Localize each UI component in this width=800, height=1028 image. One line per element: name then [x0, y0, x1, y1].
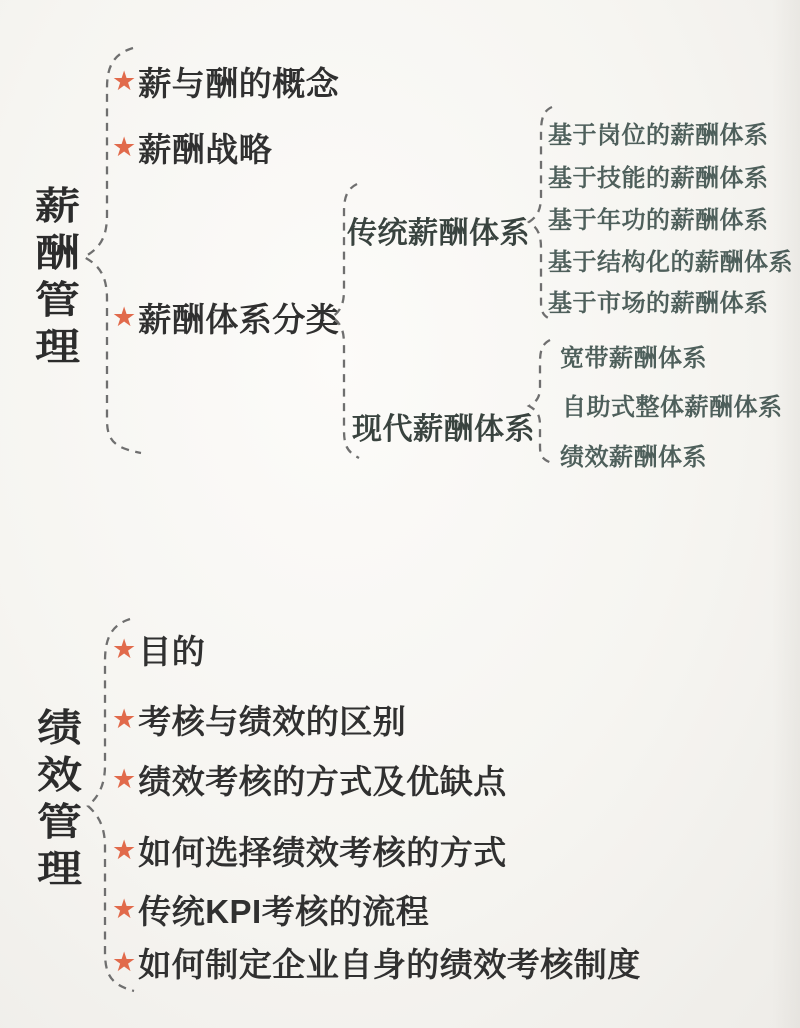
star-bullet-icon: ★ [112, 68, 136, 95]
node-assessment-vs-performance: ★ 考核与绩效的区别 [112, 696, 406, 743]
leaf-skill-based: 基于技能的薪酬体系 [548, 158, 769, 193]
section-title-performance-management: 绩效管理 [36, 706, 83, 894]
leaf-structured-based: 基于结构化的薪酬体系 [548, 242, 793, 277]
star-bullet-icon: ★ [112, 134, 136, 161]
node-label: 目的 [138, 626, 205, 673]
node-how-to-create-company-assessment-system: ★ 如何制定企业自身的绩效考核制度 [112, 939, 641, 986]
leaf-performance-salary: 绩效薪酬体系 [560, 437, 707, 472]
node-label: 绩效考核的方式及优缺点 [138, 756, 507, 803]
star-bullet-icon: ★ [112, 949, 136, 976]
star-bullet-icon: ★ [112, 304, 136, 331]
star-bullet-icon: ★ [112, 896, 136, 923]
node-label: 如何制定企业自身的绩效考核制度 [138, 939, 641, 986]
leaf-cafeteria-total-salary: 自助式整体薪酬体系 [562, 387, 783, 422]
mindmap-canvas: 薪酬管理 ★ 薪与酬的概念 ★ 薪酬战略 ★ 薪酬体系分类 传统薪酬体系 基于岗… [0, 0, 800, 1028]
star-bullet-icon: ★ [112, 636, 136, 663]
brace-compensation-root [84, 48, 141, 453]
node-label: 薪酬战略 [138, 124, 272, 171]
node-label: 传统KPI考核的流程 [138, 886, 429, 933]
brace-performance-root [88, 619, 134, 991]
node-salary-strategy: ★ 薪酬战略 [112, 124, 272, 171]
node-traditional-kpi-process: ★ 传统KPI考核的流程 [112, 886, 429, 933]
section-title-compensation-management: 薪酬管理 [34, 184, 81, 372]
node-label: 薪与酬的概念 [138, 58, 339, 105]
leaf-broadband-salary: 宽带薪酬体系 [560, 338, 707, 373]
node-salary-system-classification: ★ 薪酬体系分类 [112, 294, 339, 341]
star-bullet-icon: ★ [112, 766, 136, 793]
node-purpose: ★ 目的 [112, 626, 205, 673]
node-label: 考核与绩效的区别 [138, 696, 406, 743]
node-modern-salary-system: 现代薪酬体系 [352, 404, 535, 448]
leaf-market-based: 基于市场的薪酬体系 [548, 283, 769, 318]
star-bullet-icon: ★ [112, 706, 136, 733]
node-how-to-choose-assessment-method: ★ 如何选择绩效考核的方式 [112, 827, 507, 874]
star-bullet-icon: ★ [112, 837, 136, 864]
node-traditional-salary-system: 传统薪酬体系 [347, 208, 530, 252]
leaf-position-based: 基于岗位的薪酬体系 [548, 115, 769, 150]
node-label: 薪酬体系分类 [138, 294, 339, 341]
node-salary-pay-concept: ★ 薪与酬的概念 [112, 58, 339, 105]
leaf-seniority-based: 基于年功的薪酬体系 [548, 200, 769, 235]
node-assessment-methods-pros-cons: ★ 绩效考核的方式及优缺点 [112, 756, 507, 803]
node-label: 如何选择绩效考核的方式 [138, 827, 507, 874]
